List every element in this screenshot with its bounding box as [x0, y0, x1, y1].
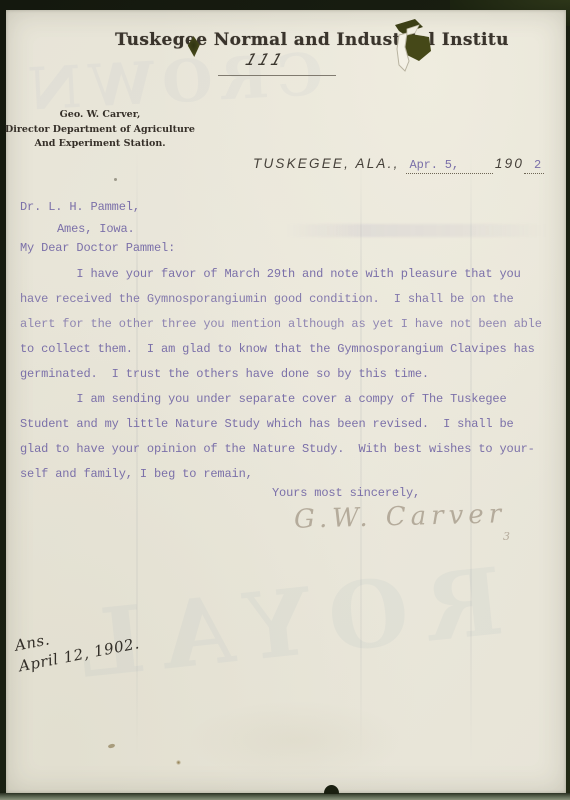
paper-edge-notch [324, 785, 339, 794]
typed-line: self and family, I beg to remain, [20, 462, 542, 487]
typed-line: glad to have your opinion of the Nature … [20, 437, 542, 462]
officer-title-line1: Director Department of Agriculture [0, 123, 215, 138]
recipient-name: Dr. L. H. Pammel, [20, 200, 140, 214]
typed-line: have received the Gymnosporangiumin good… [20, 287, 542, 312]
typed-line: germinated. I trust the others have done… [20, 362, 542, 387]
paper-stain-area [186, 700, 406, 780]
dateline-place: TUSKEGEE, ALA., [253, 156, 400, 171]
officer-title-line2: And Experiment Station. [0, 137, 215, 152]
salutation: My Dear Doctor Pammel: [20, 241, 175, 255]
paper-stain-speck [108, 743, 116, 749]
handwritten-answered-note: Ans. April 12, 1902. [13, 613, 141, 678]
letter-paper: CROWN ROYAL Tuskegee Normal and Industri… [6, 10, 566, 793]
dateline-printed-year: 190 [495, 156, 524, 171]
officer-name: Geo. W. Carver, [0, 108, 215, 123]
scanned-letter-page: CROWN ROYAL Tuskegee Normal and Industri… [0, 0, 570, 800]
dateline: TUSKEGEE, ALA., Apr. 5, 190 2 [253, 156, 544, 174]
dateline-typed-date: Apr. 5, [406, 158, 493, 174]
page-number-underline [218, 75, 336, 76]
paper-tear-hole-large [389, 13, 441, 77]
signature-flourish: 3 [503, 530, 510, 543]
handwritten-page-number: 111 [243, 50, 287, 69]
dateline-typed-year-digit: 2 [524, 158, 544, 174]
carver-signature: G.W. Carver [294, 499, 507, 535]
scan-backing-bottom-edge [0, 793, 570, 800]
paper-stain-speck [114, 178, 117, 181]
paper-stain-speck [176, 760, 181, 765]
typed-line: to collect them. I am glad to know that … [20, 337, 542, 362]
letterhead-officer-block: Geo. W. Carver, Director Department of A… [0, 108, 215, 152]
closing-phrase: Yours most sincerely, [272, 486, 420, 500]
typed-line: alert for the other three you mention al… [20, 312, 542, 337]
letterhead-institution-name: Tuskegee Normal and Industrial Institu [115, 30, 509, 50]
recipient-address: Ames, Iowa. [57, 222, 135, 236]
typed-line: Student and my little Nature Study which… [20, 412, 542, 437]
ink-smudge [286, 224, 548, 237]
typed-line: I have your favor of March 29th and note… [20, 262, 542, 287]
typed-line: I am sending you under separate cover a … [20, 387, 542, 412]
letter-body: I have your favor of March 29th and note… [20, 262, 542, 487]
